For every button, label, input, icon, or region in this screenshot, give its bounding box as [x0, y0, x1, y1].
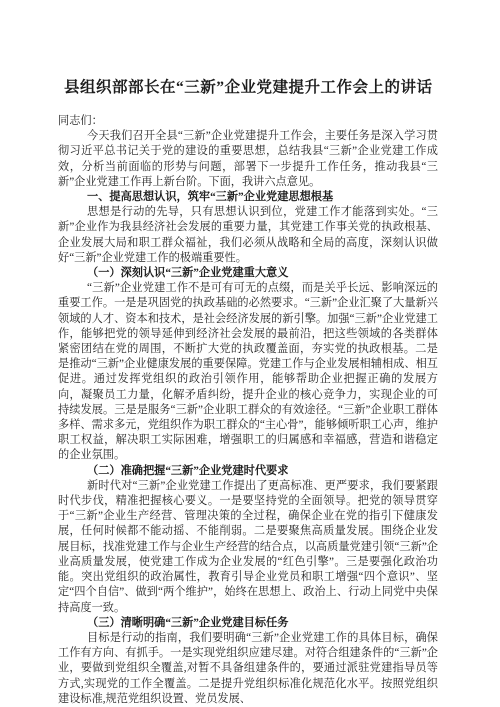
subsection-1-body: “三新”企业党建工作不是可有可无的点缀，而是关乎长远、影响深远的重要工作。一是是…: [58, 281, 438, 463]
section-1-lead-paragraph: 思想是行动的先导，只有思想认识到位，党建工作才能落到实处。“三新”企业作为我县经…: [58, 205, 438, 266]
subsection-2-heading: （二）准确把握“三新”企业党建时代要求: [58, 464, 438, 479]
subsection-3-heading: （三）清晰明确“三新”企业党建目标任务: [58, 616, 438, 631]
subsection-2-body: 新时代对“三新”企业党建工作提出了更高标准、更严要求，我们要紧跟时代步伐，精准把…: [58, 479, 438, 616]
section-1-heading: 一、提高思想认识，筑牢“三新”企业党建思想根基: [58, 190, 438, 205]
subsection-1-heading: （一）深刻认识“三新”企业党建重大意义: [58, 266, 438, 281]
document-title: 县组织部部长在“三新”企业党建提升工作会上的讲话: [64, 75, 438, 101]
intro-paragraph: 今天我们召开全县“三新”企业党建提升工作会，主要任务是深入学习贯彻习近平总书记关…: [58, 129, 438, 190]
document-page: 县组织部部长在“三新”企业党建提升工作会上的讲话 同志们： 今天我们召开全县“三…: [0, 0, 500, 707]
subsection-3-body: 目标是行动的指南，我们要明确“三新”企业党建工作的具体目标，确保工作有方向、有抓…: [58, 631, 438, 707]
salutation: 同志们：: [58, 114, 438, 129]
